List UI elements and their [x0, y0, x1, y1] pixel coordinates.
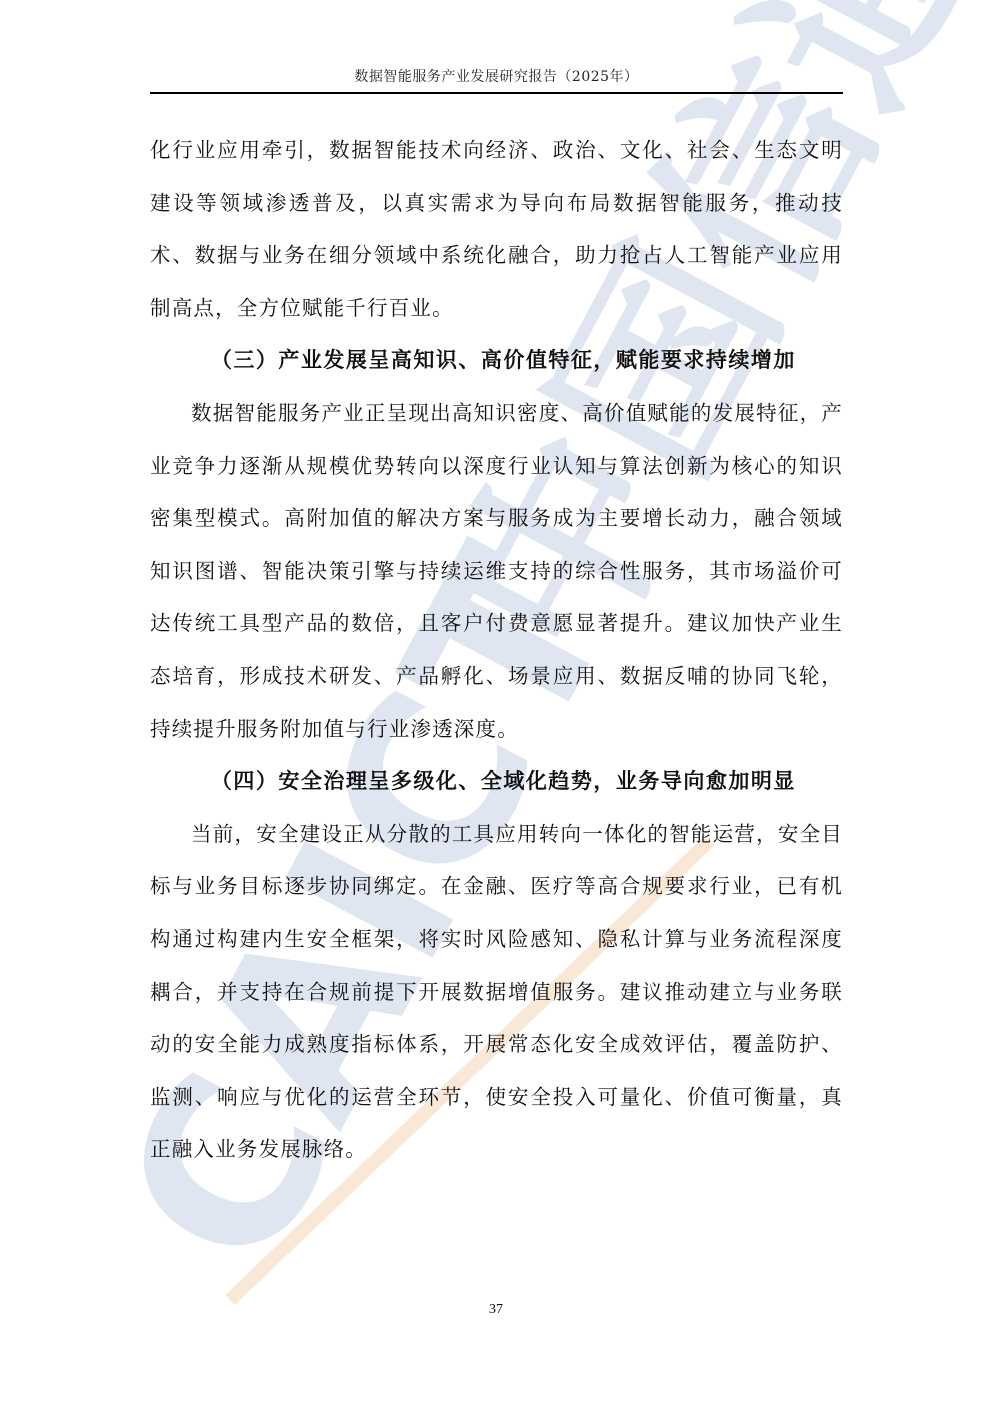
page-number: 37 [446, 1302, 546, 1318]
paragraph-industry-knowledge: 数据智能服务产业正呈现出高知识密度、高价值赋能的发展特征，产业竞争力逐渐从规模优… [150, 387, 843, 755]
paragraph-security-governance: 当前，安全建设正从分散的工具应用转向一体化的智能运营，安全目标与业务目标逐步协同… [150, 808, 843, 1176]
running-header: 数据智能服务产业发展研究报告（2025年） [150, 66, 843, 86]
paragraph-continuation: 化行业应用牵引，数据智能技术向经济、政治、文化、社会、生态文明建设等领域渗透普及… [150, 124, 843, 334]
header-rule [150, 92, 843, 94]
page-body: 化行业应用牵引，数据智能技术向经济、政治、文化、社会、生态文明建设等领域渗透普及… [150, 124, 843, 1176]
section-heading-3: （三）产业发展呈高知识、高价值特征，赋能要求持续增加 [150, 334, 843, 387]
section-heading-4: （四）安全治理呈多级化、全域化趋势，业务导向愈加明显 [150, 755, 843, 808]
